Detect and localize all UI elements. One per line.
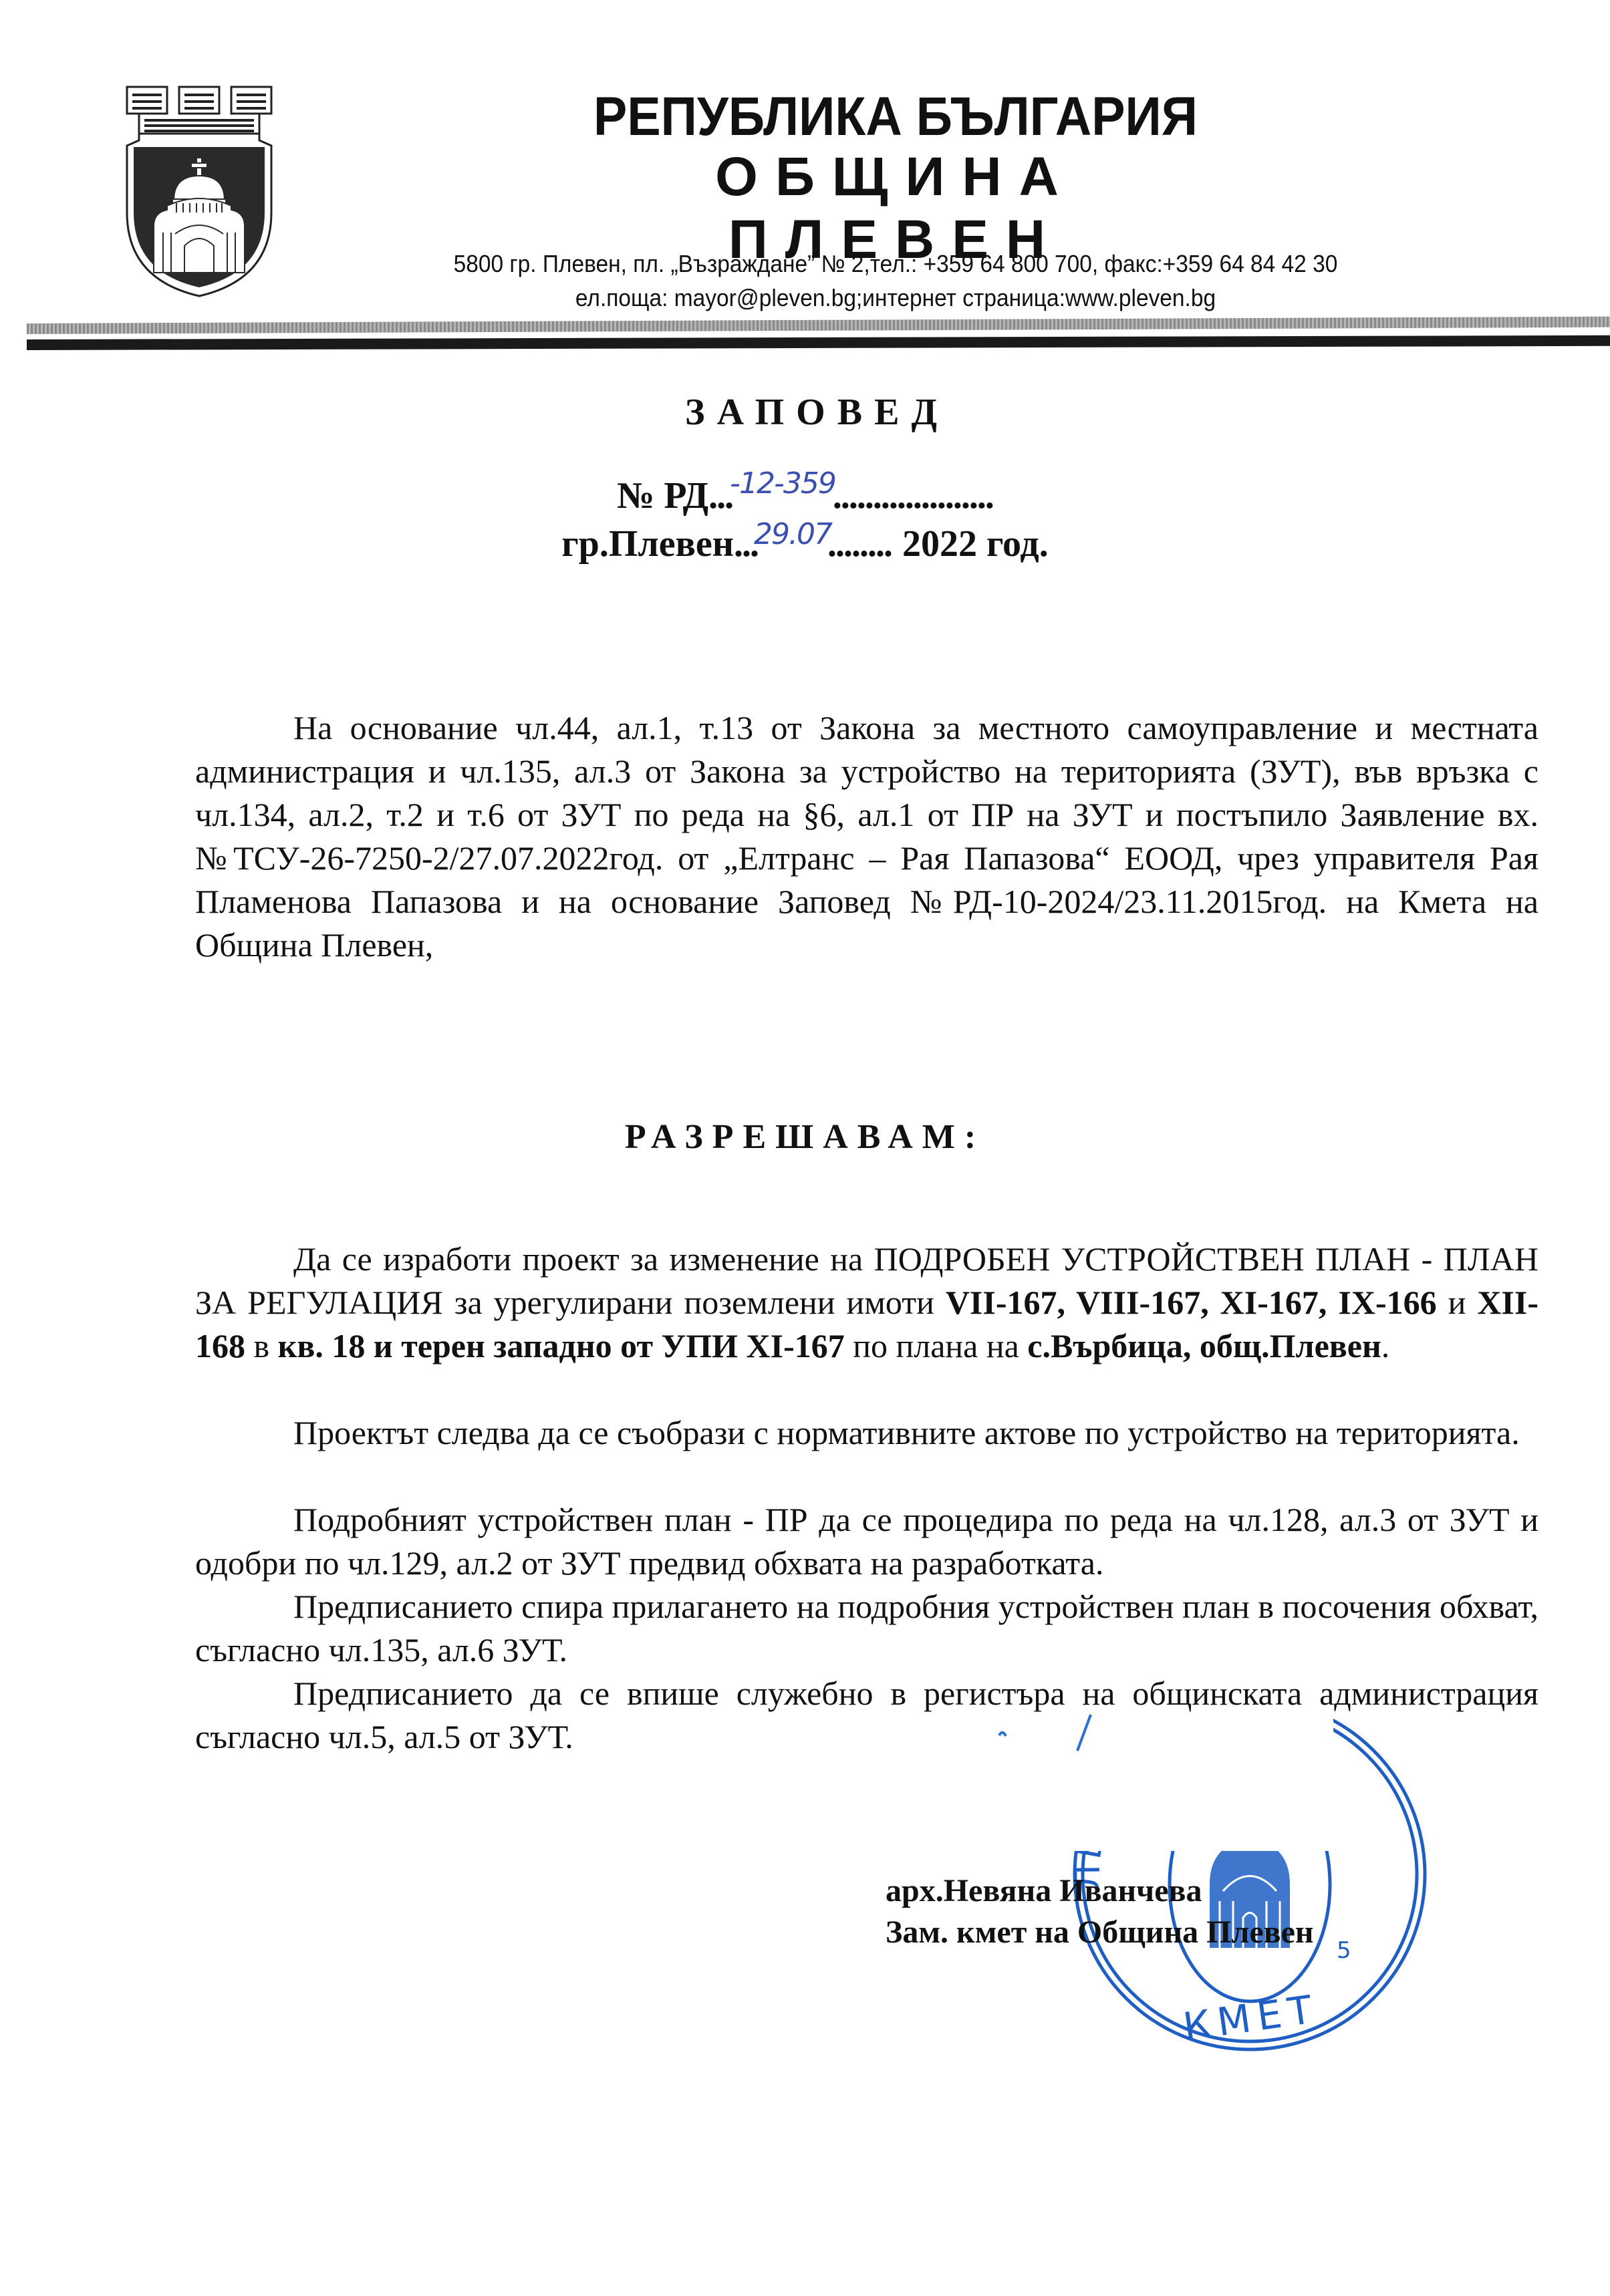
signatory-name: арх.Невяна Иванчева <box>886 1872 1202 1909</box>
decision-paragraph-3: Подробният устройствен план - ПР да се п… <box>195 1498 1538 1585</box>
p1-text-3: в <box>245 1327 278 1365</box>
p1-text-4: по плана на <box>845 1327 1028 1365</box>
order-place-date: гр.Плевен...29.07........ 2022 год. <box>0 523 1610 565</box>
order-number-prefix: № РД <box>617 475 708 517</box>
decision-paragraph-4: Предписанието спира прилагането на подро… <box>195 1585 1538 1672</box>
decree-heading: РАЗРЕШАВАМ: <box>0 1117 1610 1157</box>
decision-paragraph-2: Проектът следва да се съобрази с нормати… <box>195 1411 1538 1455</box>
decision-paragraph-5: Предписанието да се впише служебно в рег… <box>195 1672 1538 1759</box>
order-place: гр.Плевен <box>561 523 734 565</box>
header-contact: ел.поща: mayor@pleven.bg;интернет страни… <box>361 284 1430 312</box>
decision-paragraph-1: Да се изработи проект за изменение на ПО… <box>195 1238 1538 1368</box>
header-country: РЕПУБЛИКА БЪЛГАРИЯ <box>563 86 1228 148</box>
signatory-title: Зам. кмет на Община Плевен <box>886 1914 1314 1951</box>
pleven-coat-of-arms-icon <box>119 79 279 303</box>
header-address: 5800 гр. Плевен, пл. „Възраждане” № 2,те… <box>361 250 1430 278</box>
order-title: ЗАПОВЕД <box>0 391 1610 434</box>
p1-text-5: . <box>1381 1327 1390 1365</box>
stamp-number: 5 <box>1337 1937 1351 1964</box>
header-divider-black <box>27 335 1610 350</box>
preamble-paragraph: На основание чл.44, ал.1, т.13 от Закона… <box>195 706 1538 967</box>
handwritten-order-number: -12-359 <box>730 466 835 500</box>
p1-properties: VII-167, VIII-167, XI-167, IX-166 <box>946 1284 1437 1321</box>
order-number-dots: ...-12-359.................... <box>708 475 993 517</box>
p1-text-2: и <box>1437 1284 1478 1321</box>
p1-block: кв. 18 и терен западно от УПИ XI-167 <box>278 1327 845 1365</box>
p1-village: с.Върбица, общ.Плевен <box>1027 1327 1381 1365</box>
order-number: № РД...-12-359.................... <box>0 474 1610 517</box>
stamp-bottom-text: КМЕТ <box>1180 1986 1321 2050</box>
handwritten-date: 29.07 <box>754 517 831 551</box>
date-dots: ...29.07....... <box>734 523 884 565</box>
header-divider-gray <box>27 317 1610 334</box>
order-year: . 2022 год. <box>884 523 1049 565</box>
